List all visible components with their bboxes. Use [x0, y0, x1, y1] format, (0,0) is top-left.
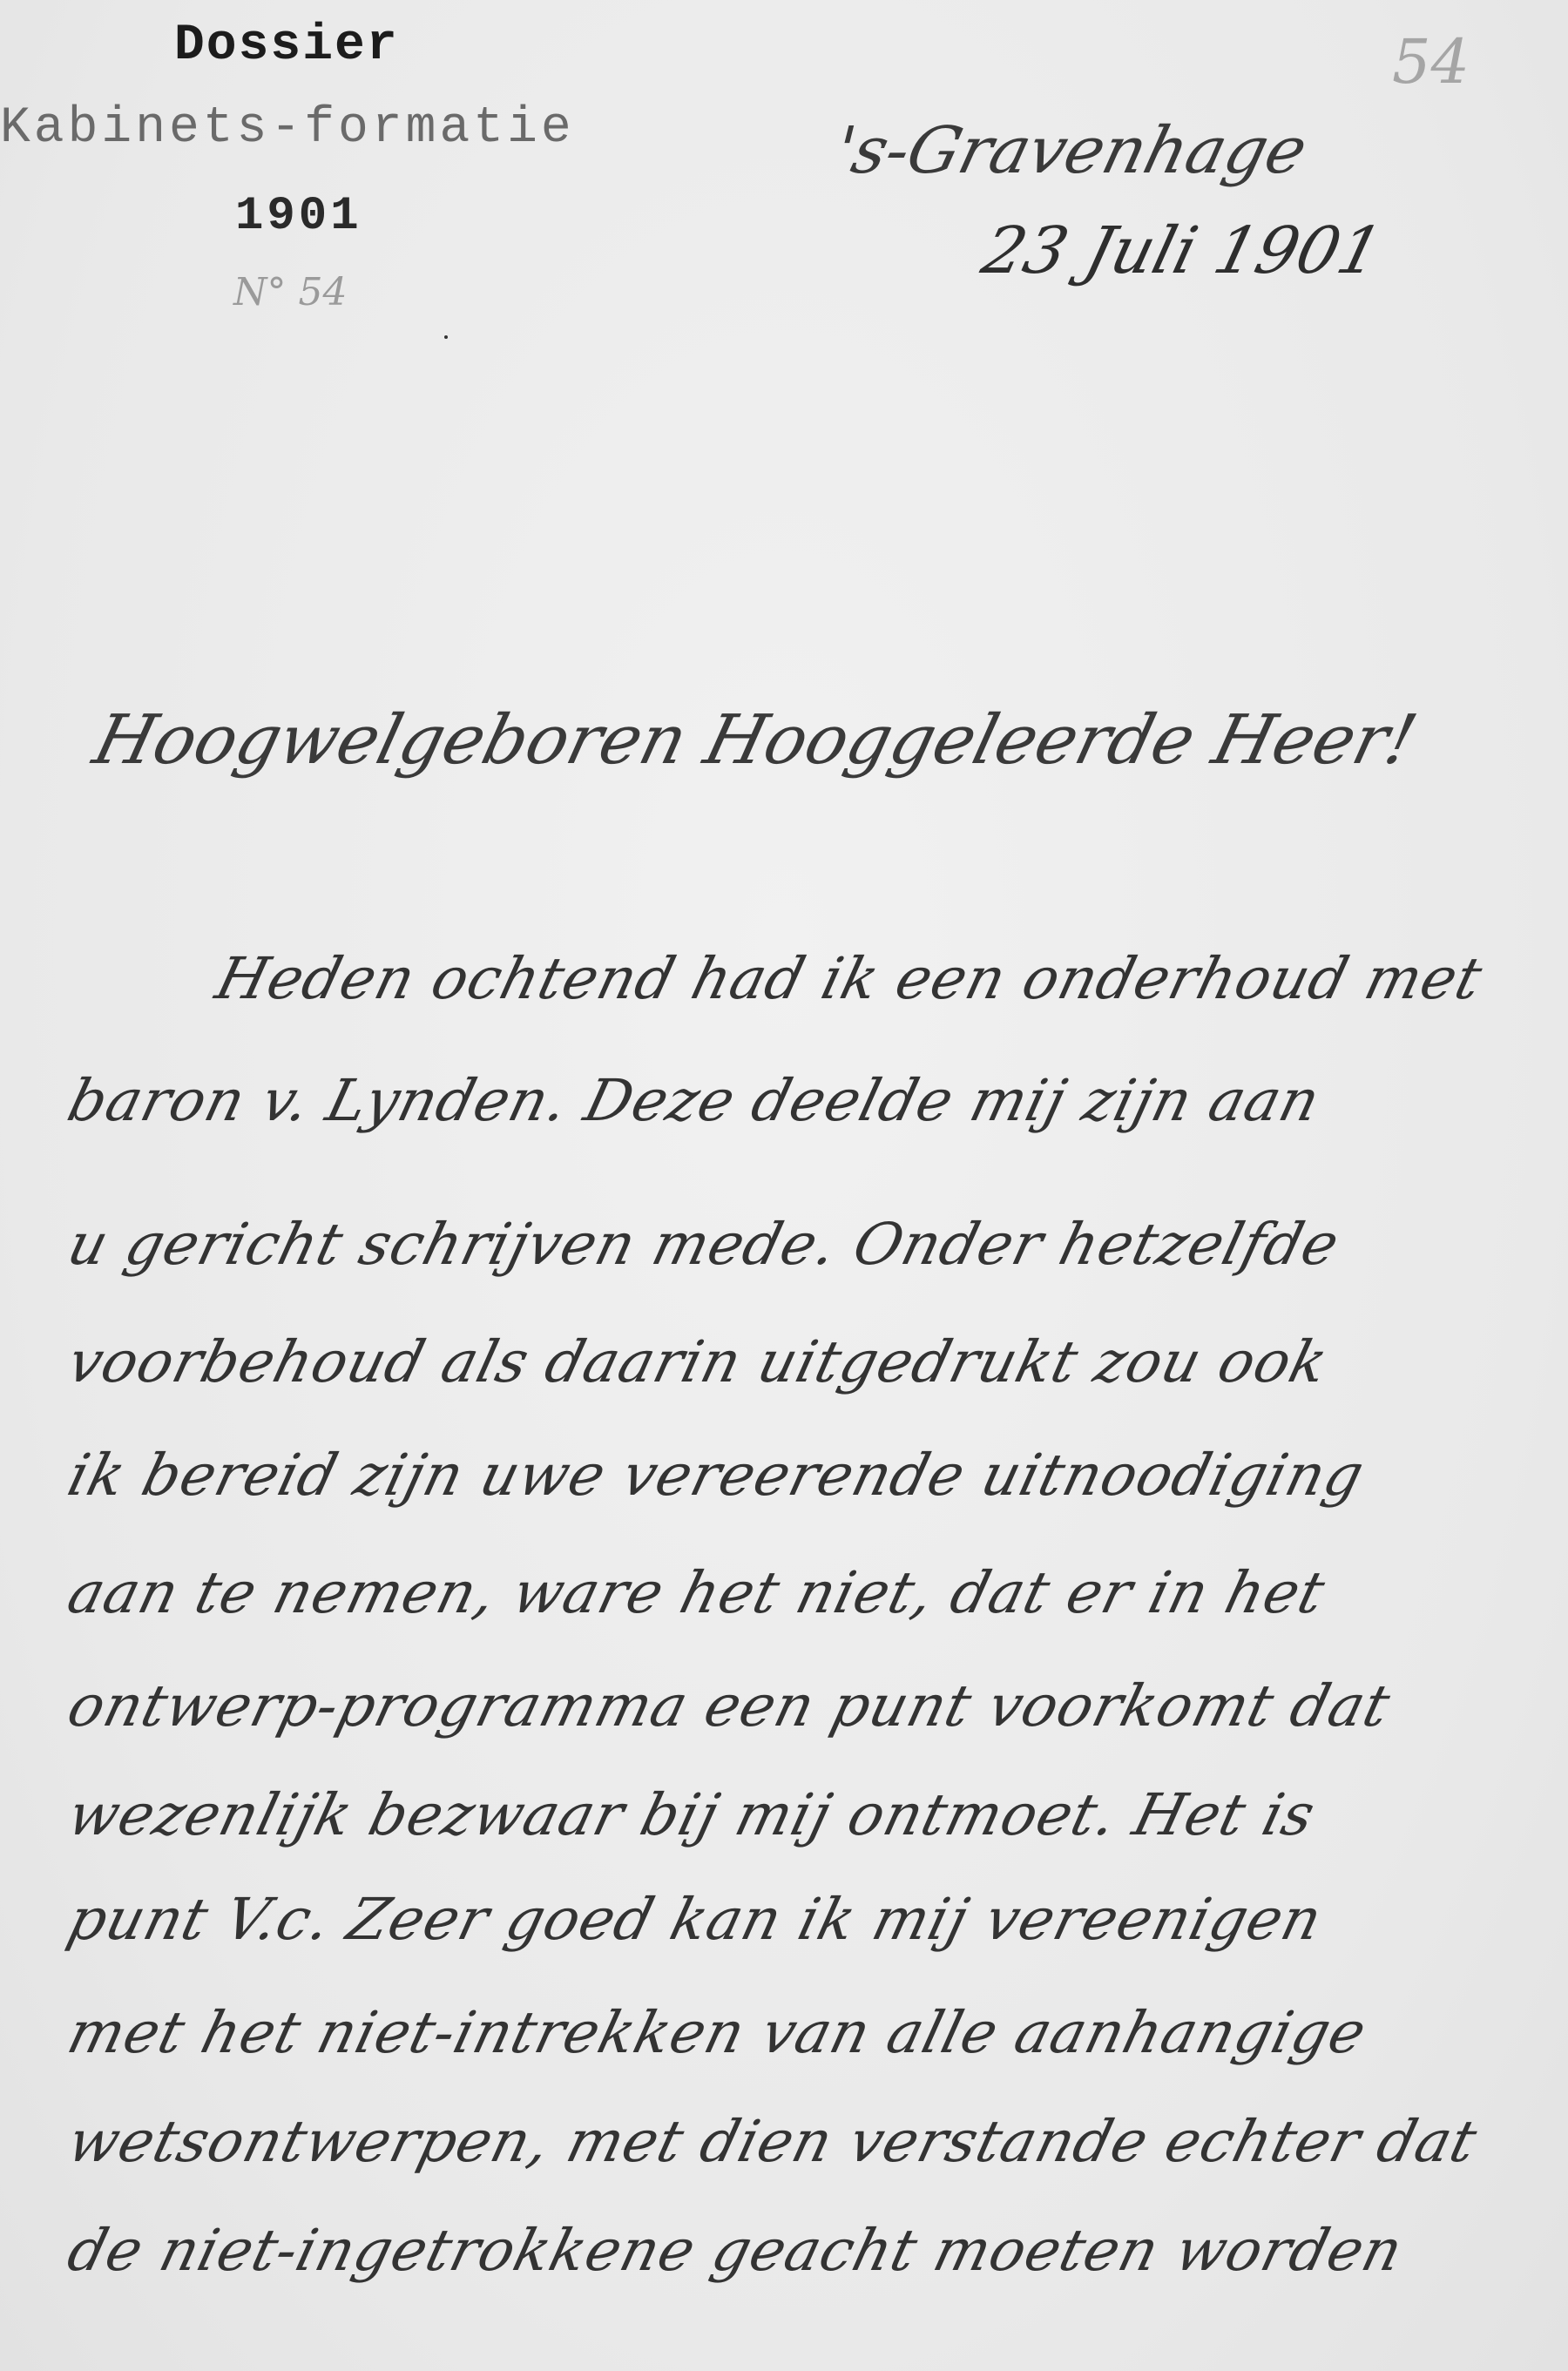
stamp-number: N° 54	[233, 270, 347, 314]
body-line: ik bereid zijn uwe vereerende uitnoodigi…	[61, 1442, 1370, 1509]
letter-salutation: Hoogwelgeboren Hooggeleerde Heer!	[86, 701, 1424, 780]
body-line: wezenlijk bezwaar bij mij ontmoet. Het i…	[61, 1781, 1321, 1848]
letter-place: 's-Gravenhage	[827, 113, 1315, 188]
page-number: 54	[1392, 26, 1470, 98]
ink-dot	[444, 335, 448, 339]
letter-page: Dossier Kabinets-formatie 1901 N° 54 54 …	[0, 0, 1568, 2371]
body-line: aan te nemen, ware het niet, dat er in h…	[61, 1559, 1332, 1626]
body-line: ontwerp-programma een punt voorkomt dat	[61, 1672, 1396, 1739]
stamp-year: 1901	[235, 190, 362, 243]
body-line: voorbehoud als daarin uitgedrukt zou ook	[61, 1328, 1335, 1395]
letter-date: 23 Juli 1901	[975, 213, 1389, 288]
body-line: wetsontwerpen, met dien verstande echter…	[61, 2108, 1484, 2175]
body-line: punt V.c. Zeer goed kan ik mij vereenige…	[61, 1886, 1328, 1953]
stamp-kabinetsformatie: Kabinets-formatie	[0, 100, 575, 157]
body-line: u gericht schrijven mede. Onder hetzelfd…	[61, 1211, 1346, 1278]
stamp-dossier: Dossier	[174, 17, 399, 74]
body-line: Heden ochtend had ik een onderhoud met	[209, 945, 1489, 1012]
body-line: baron v. Lynden. Deze deelde mij zijn aa…	[61, 1067, 1327, 1134]
body-line: de niet-ingetrokkene geacht moeten worde…	[61, 2217, 1409, 2284]
body-line: met het niet-intrekken van alle aanhangi…	[61, 1999, 1373, 2066]
